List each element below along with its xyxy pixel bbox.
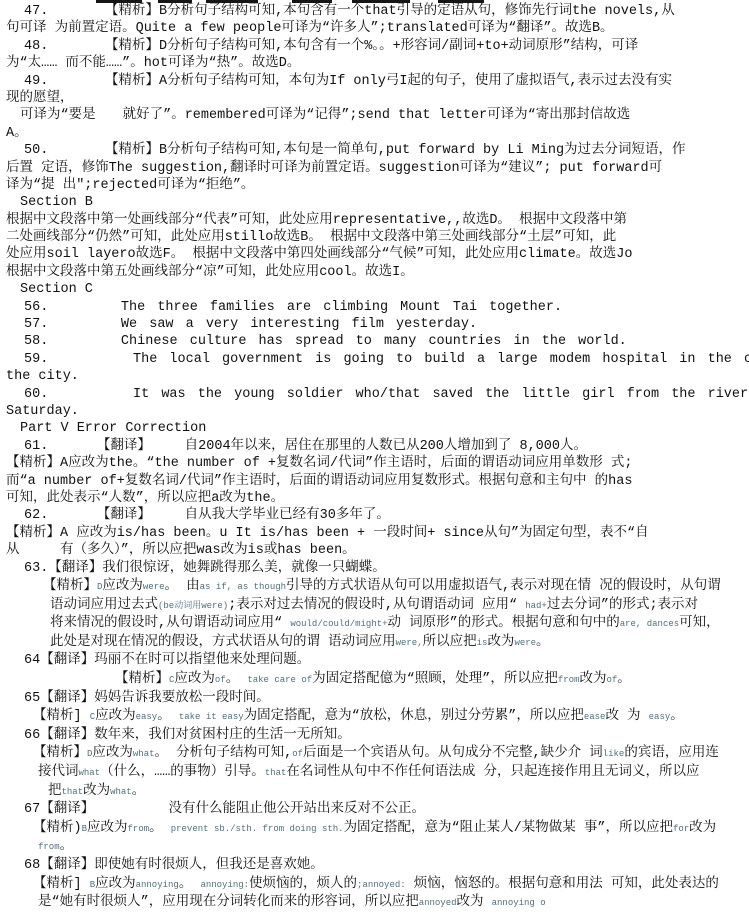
text-line: 处应用soil layero故选F。 根据中文段落中第四处画线部分“气候”可知，… [6,246,747,263]
text-line: 56. The three families are climbing Moun… [24,299,747,316]
fine-print-run: are, dances [620,619,679,629]
text-run: 引导的方式状语从句可以用虚拟语气,表示对现在情 况的假设时，从句谓 [286,579,721,594]
text-line: 【精析] C应改为easy。 take it easy为固定搭配，意为“放松，休… [33,708,747,727]
text-run: 后面是一个宾语从句。从句成分不完整,缺少介 词 [303,746,603,761]
text-run: 改为 [83,784,110,799]
text-run: 为固定搭配億为“照顾，处理”，所以应把 [312,672,558,687]
fine-print-run: of [215,675,226,685]
text-run: 是“她有时很烦人”，应用现在分词转化而来的形容词，所以应把 [38,895,419,910]
text-line: 47. 【精析】B分析句子结构可知,本句含有一个that引导的定语从句，修饰先行… [24,3,747,20]
text-line: Saturday. [6,403,747,420]
text-run: A。 [6,126,28,141]
fine-print-run: ;annoyed: [357,880,406,890]
text-run: 58. Chinese culture has spread to many c… [24,334,627,349]
text-line: A。 [6,125,747,142]
text-run: 59. The local government is going to bui… [24,352,749,367]
text-line: 【精析】D应改为were。 由as if, as though引导的方式状语从句… [43,578,747,597]
text-run: 【精析】A 应改为is/has been。u It is/has been + … [6,526,649,541]
fine-print-run: were [143,582,165,592]
text-run: 。 [536,635,550,650]
text-line: Part V Error Correction [20,420,747,437]
text-run: 。 [670,709,684,724]
text-line: 可知，此处表示“人数”，所以应把a改为the。 [6,490,747,507]
text-run: 65【翻译】妈妈告诉我要放松一段时间。 [24,691,270,706]
text-line: 【精析)B应改为from。 prevent sb./sth. from doin… [33,820,747,839]
text-run: 为固定搭配，意为“放松，休息，别过分劳累”，所以应把 [244,709,584,724]
text-run: 【精析】 [43,579,97,594]
text-run: 【精析】 [33,746,87,761]
fine-print-run: annoying: [200,880,249,890]
text-line: 63.【翻译】我们很惊讶，她舞跳得那么美，就像一只蝴蝶。 [24,560,747,579]
text-run: Saturday. [6,404,79,419]
text-line: Section C [20,281,747,298]
text-run: 接代词 [38,765,79,780]
text-run: 67【翻译】 没有什么能阻止他公开站出来反对不公正。 [24,802,425,817]
fine-print-run: annoying o [492,898,546,908]
text-run: 48. 【精析】D分析句子结构可知,本句含有一个%。。+形容词/副词+to+动词… [24,39,638,54]
text-run: 66【翻译】数年来，我们对贫困村庄的生活一无所知。 [24,728,351,743]
text-run: 可译为“要是 就好了”。remembered可译为“记得”;send that … [20,108,630,123]
text-run: 。 [617,672,631,687]
text-line: 为“太…… 而不能……”。hot可译为“热”。故选D。 [6,55,747,72]
text-run: 60. It was the young soldier who/that sa… [24,387,749,402]
text-run: 句可译 为前置定语。Quite a few people可译为“许多人”;tra… [6,21,614,36]
fine-print-run: take it easy [179,712,244,722]
text-line: 65【翻译】妈妈告诉我要放松一段时间。 [24,690,747,709]
text-run: 【精析】 [115,672,169,687]
fine-print-run: of [606,675,617,685]
text-line: 二处画线部分“仍然”可知，此处应用stillo故选B。 根据中文段落中第三处画线… [6,229,747,246]
text-run: ;表示对过去情况的假设时,从句谓语动词 应用“ [228,598,525,613]
fine-print-run: were, [396,638,423,648]
text-run: 为“太…… 而不能……”。hot可译为“热”。故选D。 [6,56,300,71]
text-line: 57. We saw a very interesting film yeste… [24,316,747,333]
text-run: 而“a number of+复数名词/代词”作主语时，后面的谓语动词应用复数形式… [6,474,632,489]
text-run: 49. 【精析】A分析句子结构可知，本句为If only弓I起的句子，使用了虚拟… [24,74,672,89]
text-run: 动 词原形”的形式。根据句意和句中的 [388,616,620,631]
text-line: 译为“提 出″;rejected可译为“拒绝”。 [6,177,747,194]
text-run: 【精析] [33,709,90,724]
text-run: （什么，……的事物）引导。 [100,765,265,780]
text-run: 二处画线部分“仍然”可知，此处应用stillo故选B。 根据中文段落中第三处画线… [6,230,616,245]
text-run: 64【翻译】玛丽不在时可以指望他来处理问题。 [24,653,310,668]
text-run: 62. 【翻译】 自从我大学毕业已经有30多年了。 [24,508,390,523]
text-line: 62. 【翻译】 自从我大学毕业已经有30多年了。 [24,507,747,524]
text-run: 为固定搭配，意为“阻止某人/某物做某 事”，所以应把 [344,821,673,836]
text-run: 根据中文段落中第五处画线部分“凉”可知，此处应用cool。故选I。 [6,265,414,280]
text-run: 处应用soil layero故选F。 根据中文段落中第四处画线部分“气候”可知，… [6,247,632,262]
text-run: 烦恼，恼怒的。根据句意和用法 可知，此处表达的 [406,877,719,892]
text-run: 改为 [457,895,492,910]
text-run: 。 [60,839,74,854]
fine-print-run: prevent sb./sth. from doing sth. [171,824,344,834]
text-line: Section B [20,194,747,211]
text-run: 56. The three families are climbing Moun… [24,300,562,315]
text-run: 。 [179,877,201,892]
text-line: 后置 定语，修饰The suggestion,翻译时可译为前置定语。sugges… [6,160,747,177]
text-run: 改为 [689,821,716,836]
fine-print-run: what [79,768,101,778]
text-run: 【精析] [33,877,90,892]
text-line: 68【翻译】即使她有时很烦人，但我还是喜欢她。 [24,857,747,876]
text-run: 改为 [487,635,514,650]
text-line: 48. 【精析】D分析句子结构可知,本句含有一个%。。+形容词/副词+to+动词… [24,38,747,55]
text-line: 语动词应用过去式(be动词用were);表示对过去情况的假设时,从句谓语动词 应… [50,597,747,616]
fine-print-run: (be动词用were) [158,601,228,611]
fine-print-run: that [265,768,287,778]
text-run: 译为“提 出″;rejected可译为“拒绝”。 [6,178,254,193]
text-line: 【精析】A应改为the。“the number of +复数名词/代词”作主语时… [6,455,747,472]
text-run: 可知， [679,616,720,631]
text-line: 是“她有时很烦人”，应用现在分词转化而来的形容词，所以应把annoyed改为 a… [38,894,747,913]
text-run: 【精析) [33,821,82,836]
document-page: 47. 【精析】B分析句子结构可知,本句含有一个that引导的定语从句，修饰先行… [0,0,749,916]
text-line: 67【翻译】 没有什么能阻止他公开站出来反对不公正。 [24,801,747,820]
text-run: 。 分析句子结构可知, [155,746,293,761]
text-line: 60. It was the young soldier who/that sa… [24,386,747,403]
text-line: 【精析】A 应改为is/has been。u It is/has been + … [6,525,747,542]
fine-print-run: of [292,749,303,759]
text-line: 而“a number of+复数名词/代词”作主语时，后面的谓语动词应用复数形式… [6,473,747,490]
text-line: 【精析] B应改为annoying。 annoying:使烦恼的，烦人的;ann… [33,876,747,895]
text-line: 66【翻译】数年来，我们对贫困村庄的生活一无所知。 [24,727,747,746]
text-line: 【精析】C应改为of。 take care of为固定搭配億为“照顾，处理”，所… [115,671,747,690]
text-line: 句可译 为前置定语。Quite a few people可译为“许多人”;tra… [6,20,747,37]
text-run: 。 由 [165,579,200,594]
text-run: Section B [20,195,93,210]
fine-print-run: annoyed [419,898,457,908]
fine-print-run: from [558,675,580,685]
text-run: 把 [48,784,62,799]
text-run: 50. 【精析】B分析句子结构可知,本句是一简单句,put forward by… [24,143,686,158]
text-line: 从 有（多久）”，所以应把was改为is或has been。 [6,542,747,559]
fine-print-run: easy [649,712,671,722]
text-run: 根据中文段落中第一处画线部分“代表”可知，此处应用representative,… [6,213,627,228]
text-run: 63.【翻译】我们很惊讶，她舞跳得那么美，就像一只蝴蝶。 [24,561,386,576]
text-run: 应改为 [174,672,215,687]
text-line: 现的愿望， [6,90,747,107]
clipped-text-fragment [0,0,749,3]
text-run: 。 [132,784,146,799]
text-line: 64【翻译】玛丽不在时可以指望他来处理问题。 [24,652,747,671]
text-run: 47. 【精析】B分析句子结构可知,本句含有一个that引导的定语从句，修饰先行… [24,4,675,19]
text-line: 50. 【精析】B分析句子结构可知,本句是一简单句,put forward by… [24,142,747,159]
text-line: 59. The local government is going to bui… [24,351,747,368]
text-run: the city. [6,369,79,384]
text-line: 把that改为what。 [48,783,747,802]
text-run: 所以应把 [423,635,477,650]
fine-print-run: from [38,842,60,852]
fine-print-run: annoying [136,880,179,890]
text-line: 根据中文段落中第五处画线部分“凉”可知，此处应用cool。故选I。 [6,264,747,281]
text-run: 此处是对现在情况的假设，方式状语从句的谓 语动词应用 [50,635,396,650]
fine-print-run: had+ [525,601,547,611]
text-run: 使烦恼的，烦人的 [249,877,357,892]
text-run: Part V Error Correction [20,421,206,436]
text-run: 的宾语，应用连 [624,746,719,761]
text-run: 应改为 [87,821,128,836]
text-run: 从 有（多久）”，所以应把was改为is或has been。 [6,543,356,558]
fine-print-run: what [133,749,155,759]
text-run: 在名词性从句中不作任何语法成 分，只起连接作用且无词义，所以应 [286,765,699,780]
text-run: 后置 定语，修饰The suggestion,翻译时可译为前置定语。sugges… [6,161,662,176]
text-run: 。 [157,709,179,724]
text-run: 68【翻译】即使她有时很烦人，但我还是喜欢她。 [24,858,324,873]
text-line: 可译为“要是 就好了”。remembered可译为“记得”;send that … [20,107,747,124]
fine-print-run: easy [136,712,158,722]
text-run: 可知，此处表示“人数”，所以应把a改为the。 [6,491,284,506]
fine-print-run: that [62,787,84,797]
text-run: 57. We saw a very interesting film yeste… [24,317,477,332]
text-run: 语动词应用过去式 [50,598,158,613]
text-line: 【精析】D应改为what。 分析句子结构可知,of后面是一个宾语从句。从句成分不… [33,745,747,764]
text-run: 应改为 [92,746,133,761]
text-line: 58. Chinese culture has spread to many c… [24,333,747,350]
text-line: 61. 【翻译】 自2004年以来，居住在那里的人数已从200人增加到了 8,0… [24,438,747,455]
text-run: 【精析】A应改为the。“the number of +复数名词/代词”作主语时… [6,456,632,471]
text-run: 。 [149,821,171,836]
fine-print-run: like [603,749,625,759]
text-run: 过去分词”的形式;表示对 [547,598,698,613]
fine-print-run: were [514,638,536,648]
text-run: 现的愿望， [6,91,74,106]
text-line: 49. 【精析】A分析句子结构可知，本句为If only弓I起的句子，使用了虚拟… [24,73,747,90]
fine-print-run: take care of [247,675,312,685]
text-run: 改为 [579,672,606,687]
text-run: 61. 【翻译】 自2004年以来，居住在那里的人数已从200人增加到了 8,0… [24,439,587,454]
text-line: 根据中文段落中第一处画线部分“代表”可知，此处应用representative,… [6,212,747,229]
fine-print-run: what [110,787,132,797]
fine-print-run: would/could/might+ [290,619,387,629]
fine-print-run: as if, as though [200,582,286,592]
text-line: the city. [6,368,747,385]
text-line: from。 [38,838,747,857]
fine-print-run: is [477,638,488,648]
text-run: 改 为 [605,709,648,724]
text-line: 将来情况的假设时,从句谓语动词应用“ would/could/might+动 词… [50,615,747,634]
text-run: 应改为 [102,579,143,594]
text-run: 将来情况的假设时,从句谓语动词应用“ [50,616,290,631]
text-line: 此处是对现在情况的假设，方式状语从句的谓 语动词应用were,所以应把is改为w… [50,634,747,653]
fine-print-run: for [673,824,689,834]
text-run: 。 [226,672,248,687]
answer-key-section-top: 47. 【精析】B分析句子结构可知,本句含有一个that引导的定语从句，修饰先行… [6,3,747,560]
text-run: 应改为 [95,709,136,724]
fine-print-run: ease [584,712,606,722]
text-run: 应改为 [95,877,136,892]
text-line: 接代词what（什么，……的事物）引导。that在名词性从句中不作任何语法成 分… [38,764,747,783]
answer-key-section-error-correction: 63.【翻译】我们很惊讶，她舞跳得那么美，就像一只蝴蝶。【精析】D应改为were… [6,560,747,913]
text-run: Section C [20,282,93,297]
fine-print-run: from [128,824,150,834]
